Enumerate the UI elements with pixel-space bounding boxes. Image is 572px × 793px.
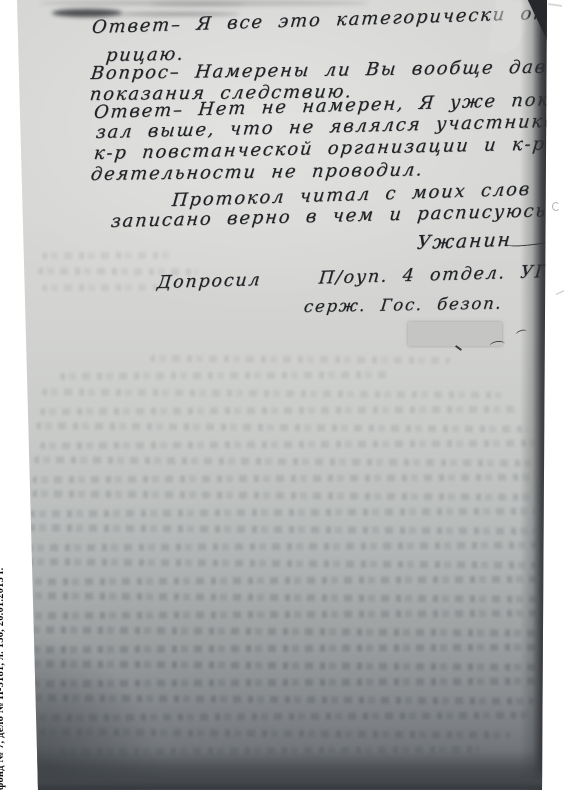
handwriting-line: Допросил П/оуп. 4 отдел. УГБ: [156, 262, 564, 293]
archive-caption-line2: фонд № 7, дело № П-5181, л. 136, 20.01.2…: [0, 562, 7, 790]
bleedthrough-line: [40, 728, 510, 738]
bleedthrough-line: [24, 644, 536, 654]
margin-mark: [548, 3, 562, 7]
redaction-patch: [408, 322, 502, 346]
bleedthrough-line: [32, 474, 532, 484]
bleedthrough-line: [30, 712, 530, 722]
margin-mark: [556, 290, 566, 297]
handwriting-line: деятельности не проводил.: [90, 159, 425, 185]
archive-caption: Архив УФСБ России по Красноярскому краю,…: [0, 562, 7, 790]
bleedthrough-line: [36, 422, 528, 432]
bleedthrough-line: [26, 592, 536, 603]
pen-mark: [455, 345, 462, 351]
bleedthrough-line: [60, 371, 390, 380]
bleedthrough-line: [28, 558, 536, 569]
bleedthrough-line: [26, 694, 534, 705]
bleedthrough-line: [40, 440, 535, 450]
bleedthrough-line: [30, 524, 535, 535]
bleedthrough-line: [40, 406, 520, 416]
bleedthrough-line: [42, 252, 172, 260]
bleedthrough-line: [42, 284, 157, 292]
bleedthrough-line: [24, 626, 536, 637]
top-edge-streak-2: [150, 2, 245, 6]
bleedthrough-line: [28, 542, 536, 552]
margin-mark: [552, 202, 560, 211]
signature-text: Ужанин: [416, 229, 513, 254]
handwriting-line: серж. Гос. безоп.: [303, 294, 504, 317]
bleedthrough-line: [26, 610, 536, 620]
bleedthrough-line: [30, 508, 535, 518]
bleedthrough-line: [150, 355, 450, 364]
book-spine-shadow: [520, 0, 547, 793]
bleedthrough-line: [42, 388, 502, 398]
bleedthrough-line: [34, 456, 532, 466]
bleedthrough-line: [24, 660, 536, 671]
signature: Ужанин: [416, 227, 572, 254]
bottom-shadow-band: [17, 752, 548, 790]
scan-page: Ответ– Я все это категорически от- рицаю…: [0, 0, 572, 793]
document-photo: Ответ– Я все это категорически от- рицаю…: [0, 0, 572, 793]
pen-mark: [490, 340, 506, 350]
bleedthrough-line: [24, 678, 536, 688]
bleedthrough-line: [32, 490, 534, 501]
bleedthrough-line: [26, 576, 536, 586]
